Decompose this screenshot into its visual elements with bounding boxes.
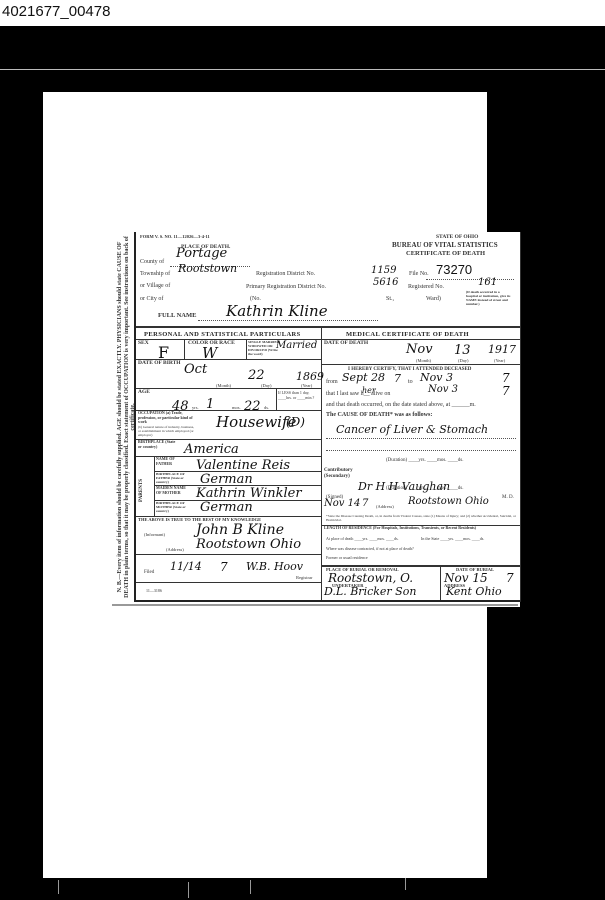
street-label: St., — [386, 296, 394, 302]
hospital-note: (If death occurred in a hospital or inst… — [466, 290, 512, 306]
in-state-label: In the State ____yrs. ____mos. ____ds. — [421, 537, 516, 542]
death-month-caption: (Month) — [416, 358, 431, 363]
medical-section-title: MEDICAL CERTIFICATE OF DEATH — [346, 331, 469, 338]
personal-section-title: PERSONAL AND STATISTICAL PARTICULARS — [144, 331, 301, 338]
former-residence-label: Former or usual residence — [326, 556, 386, 561]
state-label: STATE OF OHIO — [436, 234, 478, 240]
sidebar-instructions: N. B.—Every item of information should b… — [112, 232, 134, 602]
registration-district-value: 1159 — [371, 265, 396, 276]
less-than-label: If LESS than 1 day, ____hrs. or ____min.… — [278, 390, 320, 400]
divider — [321, 364, 520, 365]
father-name-label: NAME OF FATHER — [156, 457, 190, 466]
scan-artifact — [188, 882, 189, 898]
informant-label: (Informant) — [144, 532, 165, 537]
registrar-value: W.B. Hoov — [246, 560, 303, 573]
registered-no-label: Registered No. — [408, 284, 444, 290]
birthplace-label: BIRTHPLACE (State or country) — [138, 440, 178, 449]
duration-label: (Duration) ____yrs. ____mos. ____ds. — [386, 458, 464, 463]
age-label: AGE — [138, 389, 150, 395]
scan-artifact — [405, 878, 406, 890]
death-year: 1917 — [488, 343, 516, 356]
registration-district-label: Registration District No. — [256, 271, 315, 277]
form-number: Form V. S. No. 11—12026—3-4-11 — [140, 234, 210, 239]
divider — [136, 388, 321, 389]
occupation-value: Housewife — [216, 413, 296, 431]
attended-from: Sept 28 — [342, 371, 385, 384]
from-label: from — [326, 379, 338, 385]
village-label: or Village of — [140, 283, 170, 289]
scan-artifact — [250, 880, 251, 894]
scan-edge — [112, 604, 518, 606]
filed-date: 11/14 — [170, 560, 202, 573]
county-value: Portage — [176, 246, 227, 261]
township-value: Rootstown — [178, 262, 237, 275]
at-place-label: At place of death ____yrs. ____mos. ____… — [326, 537, 416, 542]
occupation-mark: (D) — [286, 415, 305, 429]
full-name-value: Kathrin Kline — [226, 302, 328, 320]
cause-label: The CAUSE OF DEATH* was as follows: — [326, 412, 432, 418]
dob-month: Oct — [184, 362, 207, 377]
undertaker-value: D.L. Bricker Son — [324, 585, 416, 598]
primary-district-label: Primary Registration District No. — [246, 284, 326, 290]
sex-label: SEX — [138, 340, 149, 346]
column-divider — [321, 328, 322, 600]
physician-address-value: Rootstown Ohio — [408, 496, 489, 507]
dob-day: 22 — [248, 368, 265, 383]
full-name-label: FULL NAME — [158, 312, 196, 319]
age-days: 22 — [244, 399, 261, 414]
city-label: or City of — [140, 296, 163, 302]
registered-no-value: 161 — [478, 277, 497, 288]
mother-birthplace-value: German — [200, 500, 253, 515]
divider — [136, 326, 520, 328]
physician-value: Dr H H Vaughan — [358, 480, 450, 493]
cell-divider — [246, 339, 247, 359]
filed-label: Filed — [144, 570, 154, 575]
filed-year: 7 — [220, 560, 228, 574]
attended-to: Nov 3 — [420, 371, 453, 384]
file-no-label: File No. — [409, 271, 429, 277]
death-certificate: N. B.—Every item of information should b… — [112, 232, 520, 607]
cause-value: Cancer of Liver & Stomach — [336, 423, 488, 436]
burial-year-value: 7 — [506, 571, 514, 585]
dob-year: 1869 — [296, 370, 324, 383]
footer-code: 11—3186 — [146, 588, 162, 593]
death-day-caption: (Day) — [458, 358, 469, 363]
scan-edge-line — [0, 69, 605, 70]
occupation-label: OCCUPATION (a) Trade, profession, or par… — [138, 411, 196, 425]
last-saw-label: that I last saw h__ alive on — [326, 391, 390, 397]
physician-address-label: (Address) — [376, 504, 394, 509]
cause-footnote: *State the Disease Causing Death, or, in… — [326, 514, 518, 522]
township-label: Township of — [140, 271, 170, 277]
divider — [136, 554, 321, 555]
ward-label: Ward) — [426, 296, 441, 302]
informant-address-label: (Address) — [166, 547, 184, 552]
parents-label: PARENTS — [139, 479, 144, 502]
field-line — [326, 438, 516, 439]
certificate-frame: Form V. S. No. 11—12026—3-4-11 STATE OF … — [134, 232, 521, 602]
father-birthplace-label: BIRTHPLACE OF FATHER (State or country) — [156, 472, 190, 484]
marital-value: Married — [276, 340, 317, 351]
cell-divider — [184, 339, 185, 359]
informant-value: John B Kline — [196, 522, 284, 538]
mother-birthplace-label: BIRTHPLACE OF MOTHER (State or country) — [156, 501, 190, 513]
cell-divider — [440, 565, 441, 600]
death-year-caption: (Year) — [494, 358, 505, 363]
occurred-label: and that death occurred, on the date sta… — [326, 402, 476, 408]
file-no-value: 73270 — [436, 262, 472, 277]
mother-maiden-value: Kathrin Winkler — [196, 486, 302, 501]
top-caption-bar: 4021677_00478 — [0, 0, 605, 26]
primary-district-value: 5616 — [373, 277, 398, 288]
field-line — [426, 279, 514, 280]
last-saw-year: 7 — [502, 384, 510, 398]
cell-divider — [276, 388, 277, 410]
last-saw-pronoun: her — [362, 386, 376, 395]
undertaker-address-value: Kent Ohio — [446, 585, 502, 598]
scan-artifact — [58, 880, 59, 894]
field-line — [198, 320, 378, 321]
date-of-death-label: DATE OF DEATH — [324, 340, 368, 346]
field-line — [326, 450, 516, 451]
last-saw-date: Nov 3 — [428, 384, 458, 395]
registrar-label: Registrar — [296, 575, 313, 580]
occupation-industry-label: (b) General nature of industry, business… — [138, 425, 196, 437]
death-day: 13 — [454, 343, 471, 358]
informant-address-value: Rootstown Ohio — [196, 537, 301, 552]
dob-label: DATE OF BIRTH — [138, 360, 181, 366]
to-label: to — [408, 379, 413, 385]
contracted-label: Where was disease contracted, if not at … — [326, 547, 426, 552]
county-label: County of — [140, 259, 164, 265]
bureau-label: BUREAU OF VITAL STATISTICS — [392, 241, 498, 249]
residence-label: LENGTH OF RESIDENCE (For Hospitals, Inst… — [324, 526, 518, 531]
attended-to-year: 7 — [502, 371, 510, 385]
signed-year: 7 — [362, 498, 368, 509]
certificate-title: CERTIFICATE OF DEATH — [406, 250, 485, 257]
attended-from-year: 7 — [394, 372, 401, 385]
md-label: M. D. — [502, 495, 514, 500]
contributory-label: Contributory (Secondary) — [324, 468, 364, 479]
signed-date: Nov 14 — [324, 498, 360, 509]
birthplace-value: America — [184, 442, 239, 457]
divider — [136, 582, 321, 583]
image-id-label: 4021677_00478 — [2, 3, 110, 20]
death-month: Nov — [406, 342, 433, 357]
cell-divider — [154, 456, 155, 516]
mother-maiden-label: MAIDEN NAME OF MOTHER — [156, 486, 190, 495]
